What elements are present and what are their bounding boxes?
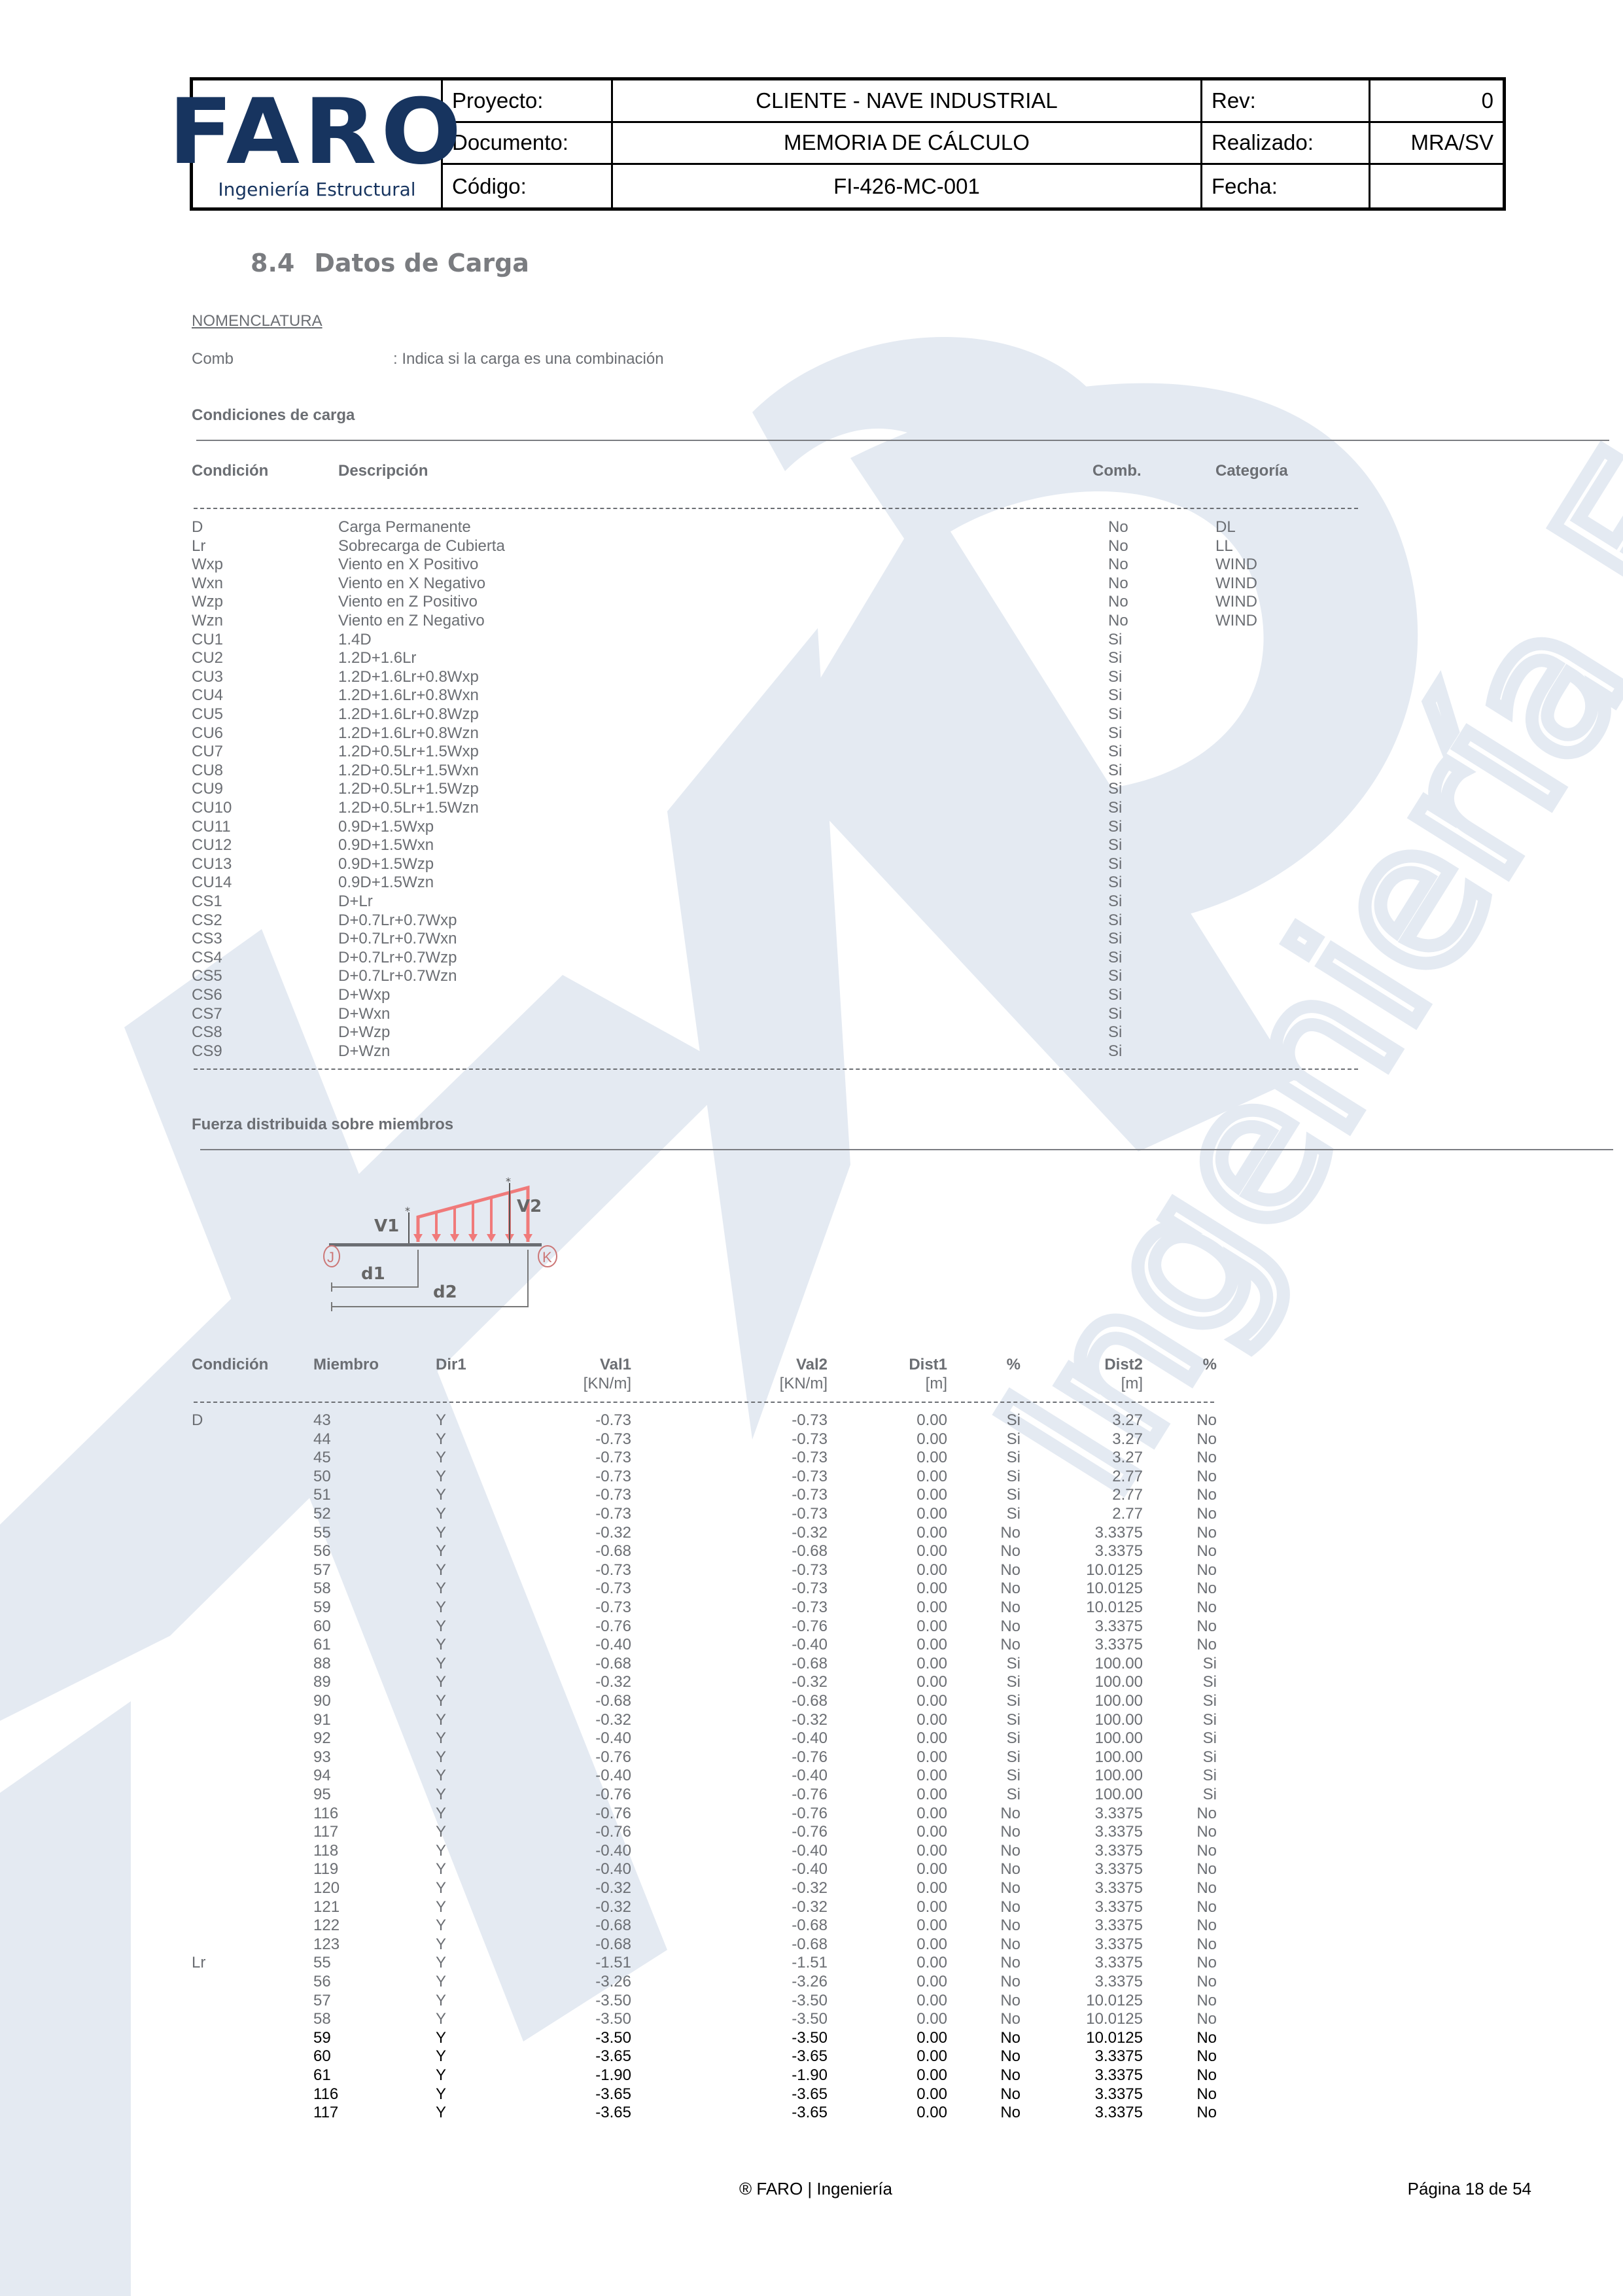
document-value: MEMORIA DE CÁLCULO <box>613 123 1202 166</box>
cell-member: 60 <box>313 1617 331 1636</box>
cell-condition: CS2 <box>192 911 222 930</box>
cell-pct1: No <box>1000 1805 1021 1824</box>
cell-pct1: No <box>1000 1879 1021 1898</box>
cell-pct1: Si <box>1007 1711 1021 1730</box>
cell-dir: Y <box>436 1580 446 1598</box>
cell-pct1: Si <box>1007 1767 1021 1786</box>
cell-val2: -1.51 <box>792 1954 828 1973</box>
cell-dir: Y <box>436 1729 446 1748</box>
cell-comb: No <box>1108 574 1128 593</box>
cell-pct2: No <box>1196 1449 1217 1468</box>
cell-category: WIND <box>1215 574 1257 593</box>
table-row: 44Y-0.73-0.730.00Si3.27No <box>0 1430 1623 1449</box>
cell-val1: -0.73 <box>595 1580 631 1598</box>
cell-val2: -3.65 <box>792 2047 828 2066</box>
cell-dist1: 0.00 <box>916 1860 947 1879</box>
cell-val2: -3.65 <box>792 2104 828 2123</box>
cell-val1: -0.68 <box>595 1542 631 1561</box>
cell-pct2: No <box>1196 1617 1217 1636</box>
cell-dist2: 2.77 <box>1112 1468 1143 1487</box>
table-row: 116Y-3.65-3.650.00No3.3375No <box>0 2085 1623 2104</box>
cell-val1: -0.40 <box>595 1729 631 1748</box>
cell-pct2: No <box>1196 1636 1217 1655</box>
col-condition-header: Condición <box>192 1356 268 1374</box>
table-row: 94Y-0.40-0.400.00Si100.00Si <box>0 1767 1623 1786</box>
project-value: CLIENTE - NAVE INDUSTRIAL <box>613 80 1202 123</box>
cell-val2: -0.32 <box>792 1879 828 1898</box>
col-val2-header: Val2 <box>796 1356 828 1374</box>
cell-comb: Si <box>1108 649 1122 668</box>
cell-dir: Y <box>436 1617 446 1636</box>
cell-pct1: Si <box>1007 1430 1021 1449</box>
cell-member: 116 <box>313 1805 338 1824</box>
table-row: 118Y-0.40-0.400.00No3.3375No <box>0 1842 1623 1861</box>
d1-label: d1 <box>361 1264 385 1284</box>
logo-wordmark: FARO <box>168 87 465 177</box>
cell-dist1: 0.00 <box>916 2010 947 2029</box>
nomenclature-definition: : Indica si la carga es una combinación <box>393 350 664 368</box>
cell-condition: CU11 <box>192 818 231 837</box>
cell-comb: Si <box>1108 799 1122 818</box>
cell-val2: -3.50 <box>792 2010 828 2029</box>
cell-dir: Y <box>436 1935 446 1954</box>
cell-val1: -3.50 <box>595 2029 631 2048</box>
cell-dist2: 10.0125 <box>1086 1580 1143 1598</box>
cell-comb: Si <box>1108 911 1122 930</box>
table-row: CU110.9D+1.5WxpSi <box>0 818 1623 837</box>
cell-condition: CU12 <box>192 836 232 855</box>
cell-dist1: 0.00 <box>916 1580 947 1598</box>
cell-val2: -0.68 <box>792 1655 828 1674</box>
cell-condition: CU3 <box>192 668 223 687</box>
cell-dist2: 10.0125 <box>1086 2010 1143 2029</box>
cell-pct1: No <box>1000 1973 1021 1992</box>
cell-description: D+Lr <box>338 892 373 911</box>
cell-comb: Si <box>1108 836 1122 855</box>
cell-val2: -1.90 <box>792 2066 828 2085</box>
cell-description: 0.9D+1.5Wxp <box>338 818 434 837</box>
cell-pct1: No <box>1000 2029 1021 2048</box>
cell-val1: -0.73 <box>595 1468 631 1487</box>
cell-dir: Y <box>436 2066 446 2085</box>
nomenclature-term: Comb <box>192 350 234 368</box>
cell-pct2: No <box>1196 1524 1217 1543</box>
cell-condition: CU6 <box>192 724 223 743</box>
cell-pct2: No <box>1196 2029 1217 2048</box>
cell-dir: Y <box>436 2085 446 2104</box>
cell-val2: -0.73 <box>792 1505 828 1524</box>
table-row: 90Y-0.68-0.680.00Si100.00Si <box>0 1692 1623 1711</box>
cell-member: 60 <box>313 2047 331 2066</box>
cell-condition: CS7 <box>192 1005 222 1024</box>
cell-comb: Si <box>1108 874 1122 892</box>
cell-description: Carga Permanente <box>338 518 471 537</box>
table-row: 56Y-0.68-0.680.00No3.3375No <box>0 1542 1623 1561</box>
table-row: 60Y-0.76-0.760.00No3.3375No <box>0 1617 1623 1636</box>
cell-val1: -3.65 <box>595 2085 631 2104</box>
cell-val1: -3.50 <box>595 1992 631 2011</box>
table-separator <box>194 508 1358 509</box>
cell-pct2: Si <box>1203 1786 1217 1805</box>
cell-dir: Y <box>436 1692 446 1711</box>
cell-condition: Wxn <box>192 574 223 593</box>
cell-dir: Y <box>436 1411 446 1430</box>
table-row: CU11.4DSi <box>0 631 1623 650</box>
cell-val1: -0.76 <box>595 1786 631 1805</box>
cell-member: 119 <box>313 1860 338 1879</box>
cell-val1: -0.73 <box>595 1411 631 1430</box>
table-row: D43Y-0.73-0.730.00Si3.27No <box>0 1411 1623 1430</box>
table-row: WxnViento en X NegativoNoWIND <box>0 574 1623 593</box>
project-label: Proyecto: <box>443 80 613 123</box>
cell-description: 1.2D+1.6Lr+0.8Wxp <box>338 668 479 687</box>
cell-val2: -0.32 <box>792 1898 828 1917</box>
cell-dir: Y <box>436 1842 446 1861</box>
cell-pct2: No <box>1196 1823 1217 1842</box>
cell-dist1: 0.00 <box>916 1729 947 1748</box>
cell-condition: CU7 <box>192 743 223 762</box>
cell-pct2: No <box>1196 2085 1217 2104</box>
cell-condition: CU14 <box>192 874 232 892</box>
cell-member: 43 <box>313 1411 331 1430</box>
cell-pct2: No <box>1196 2066 1217 2085</box>
table-row: Lr55Y-1.51-1.510.00No3.3375No <box>0 1954 1623 1973</box>
cell-val1: -0.40 <box>595 1767 631 1786</box>
table-row: 92Y-0.40-0.400.00Si100.00Si <box>0 1729 1623 1748</box>
cell-dir: Y <box>436 1898 446 1917</box>
section-rule <box>200 1149 1613 1150</box>
cell-member: 120 <box>313 1879 340 1898</box>
table-row: DCarga PermanenteNoDL <box>0 518 1623 537</box>
cell-val1: -3.26 <box>595 1973 631 1992</box>
table-row: 117Y-3.65-3.650.00No3.3375No <box>0 2104 1623 2123</box>
cell-pct2: No <box>1196 1860 1217 1879</box>
cell-description: 1.2D+0.5Lr+1.5Wzp <box>338 780 479 799</box>
cell-pct2: No <box>1196 1992 1217 2011</box>
cell-dist1: 0.00 <box>916 1879 947 1898</box>
cell-member: 121 <box>313 1898 340 1917</box>
cell-member: 59 <box>313 1598 331 1617</box>
cell-val2: -0.32 <box>792 1673 828 1692</box>
made-by-value: MRA/SV <box>1370 123 1503 166</box>
cell-condition: CS3 <box>192 930 222 949</box>
cell-comb: Si <box>1108 1023 1122 1042</box>
cell-condition: CU4 <box>192 686 223 705</box>
cell-pct1: Si <box>1007 1655 1021 1674</box>
cell-member: 122 <box>313 1916 340 1935</box>
cell-val2: -0.73 <box>792 1598 828 1617</box>
cell-dist2: 3.3375 <box>1095 1542 1143 1561</box>
cell-val1: -0.68 <box>595 1935 631 1954</box>
cell-dist1: 0.00 <box>916 1505 947 1524</box>
cell-comb: No <box>1108 537 1128 556</box>
cell-val1: -0.32 <box>595 1673 631 1692</box>
cell-comb: Si <box>1108 780 1122 799</box>
distributed-load-diagram: * * V1 V2 J K d1 d2 <box>314 1165 628 1315</box>
cell-val1: -0.76 <box>595 1748 631 1767</box>
cell-dist1: 0.00 <box>916 1561 947 1580</box>
load-arrows <box>413 1188 532 1242</box>
cell-condition: CS5 <box>192 967 222 986</box>
table-row: 50Y-0.73-0.730.00Si2.77No <box>0 1468 1623 1487</box>
cell-dist1: 0.00 <box>916 1486 947 1505</box>
cell-dist2: 3.27 <box>1112 1411 1143 1430</box>
cell-pct1: Si <box>1007 1486 1021 1505</box>
cell-member: 118 <box>313 1842 338 1861</box>
cell-dist2: 100.00 <box>1095 1767 1143 1786</box>
cell-pct2: No <box>1196 1505 1217 1524</box>
cell-dist1: 0.00 <box>916 1767 947 1786</box>
cell-dir: Y <box>436 2047 446 2066</box>
made-by-label: Realizado: <box>1202 123 1370 166</box>
cell-pct1: No <box>1000 2010 1021 2029</box>
col-dist2-unit: [m] <box>1121 1375 1143 1393</box>
cell-dir: Y <box>436 1542 446 1561</box>
cell-dist1: 0.00 <box>916 1973 947 1992</box>
table-row: 60Y-3.65-3.650.00No3.3375No <box>0 2047 1623 2066</box>
cell-dist1: 0.00 <box>916 1430 947 1449</box>
cell-dist1: 0.00 <box>916 2104 947 2123</box>
cell-description: 1.2D+0.5Lr+1.5Wxp <box>338 743 479 762</box>
section-number: 8.4 <box>251 249 294 277</box>
cell-pct2: No <box>1196 1468 1217 1487</box>
cell-description: D+Wzn <box>338 1042 390 1061</box>
cell-member: 44 <box>313 1430 331 1449</box>
cell-dist2: 100.00 <box>1095 1673 1143 1692</box>
cell-dist2: 10.0125 <box>1086 2029 1143 2048</box>
cell-val2: -0.73 <box>792 1430 828 1449</box>
cell-dist1: 0.00 <box>916 2066 947 2085</box>
cell-dist2: 100.00 <box>1095 1711 1143 1730</box>
table-row: 51Y-0.73-0.730.00Si2.77No <box>0 1486 1623 1505</box>
cell-pct2: No <box>1196 1486 1217 1505</box>
cell-category: LL <box>1215 537 1233 556</box>
cell-pct2: No <box>1196 1430 1217 1449</box>
cell-member: 61 <box>313 1636 331 1655</box>
lc-col-category: Categoría <box>1215 462 1288 480</box>
table-row: CS5D+0.7Lr+0.7WznSi <box>0 967 1623 986</box>
cell-description: 1.2D+1.6Lr+0.8Wzn <box>338 724 479 743</box>
node-k-label: K <box>542 1249 552 1265</box>
cell-member: 116 <box>313 2085 338 2104</box>
col-dist2-header: Dist2 <box>1104 1356 1143 1374</box>
cell-dist1: 0.00 <box>916 1449 947 1468</box>
cell-pct1: Si <box>1007 1692 1021 1711</box>
table-row: 57Y-3.50-3.500.00No10.0125No <box>0 1992 1623 2011</box>
cell-val2: -0.73 <box>792 1411 828 1430</box>
cell-dist1: 0.00 <box>916 2029 947 2048</box>
table-row: CS2D+0.7Lr+0.7WxpSi <box>0 911 1623 930</box>
cell-member: 55 <box>313 1524 331 1543</box>
cell-dist2: 2.77 <box>1112 1486 1143 1505</box>
cell-dist1: 0.00 <box>916 1992 947 2011</box>
cell-description: D+0.7Lr+0.7Wxn <box>338 930 457 949</box>
cell-dir: Y <box>436 1786 446 1805</box>
cell-dist1: 0.00 <box>916 1655 947 1674</box>
cell-description: 1.2D+0.5Lr+1.5Wxn <box>338 762 479 781</box>
cell-dir: Y <box>436 1561 446 1580</box>
cell-val1: -3.65 <box>595 2047 631 2066</box>
table-row: 45Y-0.73-0.730.00Si3.27No <box>0 1449 1623 1468</box>
cell-member: 57 <box>313 1992 331 2011</box>
cell-val2: -0.73 <box>792 1449 828 1468</box>
cell-val2: -0.76 <box>792 1748 828 1767</box>
cell-dist1: 0.00 <box>916 1786 947 1805</box>
cell-pct1: Si <box>1007 1468 1021 1487</box>
cell-dir: Y <box>436 1992 446 2011</box>
cell-val1: -0.68 <box>595 1655 631 1674</box>
rev-value: 0 <box>1370 80 1503 123</box>
cell-dist2: 3.3375 <box>1095 1860 1143 1879</box>
table-row: 120Y-0.32-0.320.00No3.3375No <box>0 1879 1623 1898</box>
table-row: 88Y-0.68-0.680.00Si100.00Si <box>0 1655 1623 1674</box>
cell-dir: Y <box>436 1430 446 1449</box>
cell-pct1: No <box>1000 1898 1021 1917</box>
cell-dist2: 10.0125 <box>1086 1561 1143 1580</box>
section-rule <box>196 440 1609 441</box>
cell-pct1: Si <box>1007 1786 1021 1805</box>
v2-label: V2 <box>517 1197 542 1216</box>
table-row: 58Y-0.73-0.730.00No10.0125No <box>0 1580 1623 1598</box>
cell-dir: Y <box>436 1748 446 1767</box>
table-row: 116Y-0.76-0.760.00No3.3375No <box>0 1805 1623 1824</box>
svg-text:*: * <box>405 1205 410 1217</box>
cell-dist1: 0.00 <box>916 1411 947 1430</box>
cell-comb: Si <box>1108 949 1122 968</box>
table-row: 117Y-0.76-0.760.00No3.3375No <box>0 1823 1623 1842</box>
table-row: CS1D+LrSi <box>0 892 1623 911</box>
table-row: CU21.2D+1.6LrSi <box>0 649 1623 668</box>
cell-condition: Wxp <box>192 556 223 574</box>
table-row: CU51.2D+1.6Lr+0.8WzpSi <box>0 705 1623 724</box>
footer-copyright: ® FARO | Ingeniería <box>739 2179 892 2199</box>
cell-dir: Y <box>436 1505 446 1524</box>
table-row: CS3D+0.7Lr+0.7WxnSi <box>0 930 1623 949</box>
cell-comb: Si <box>1108 1005 1122 1024</box>
cell-pct1: Si <box>1007 1505 1021 1524</box>
cell-val1: -0.68 <box>595 1916 631 1935</box>
cell-dist2: 3.3375 <box>1095 1842 1143 1861</box>
cell-member: 51 <box>313 1486 331 1505</box>
cell-member: 92 <box>313 1729 331 1748</box>
cell-pct2: Si <box>1203 1655 1217 1674</box>
rev-label: Rev: <box>1202 80 1370 123</box>
cell-val1: -1.90 <box>595 2066 631 2085</box>
cell-member: 57 <box>313 1561 331 1580</box>
cell-description: 0.9D+1.5Wzp <box>338 855 434 874</box>
cell-comb: Si <box>1108 818 1122 837</box>
cell-pct1: No <box>1000 1561 1021 1580</box>
cell-member: 50 <box>313 1468 331 1487</box>
table-row: 61Y-1.90-1.900.00No3.3375No <box>0 2066 1623 2085</box>
cell-condition: Lr <box>192 537 205 556</box>
cell-val1: -0.32 <box>595 1879 631 1898</box>
cell-dir: Y <box>436 1711 446 1730</box>
cell-val1: -1.51 <box>595 1954 631 1973</box>
cell-comb: Si <box>1108 686 1122 705</box>
cell-pct2: No <box>1196 2010 1217 2029</box>
svg-text:*: * <box>506 1175 511 1188</box>
cell-dist1: 0.00 <box>916 1636 947 1655</box>
cell-member: 117 <box>313 1823 338 1842</box>
cell-pct1: Si <box>1007 1729 1021 1748</box>
cell-condition: D <box>192 518 203 537</box>
cell-val2: -0.32 <box>792 1711 828 1730</box>
table-row: CS9D+WznSi <box>0 1042 1623 1061</box>
table-row: 59Y-0.73-0.730.00No10.0125No <box>0 1598 1623 1617</box>
cell-member: 52 <box>313 1505 331 1524</box>
table-row: LrSobrecarga de CubiertaNoLL <box>0 537 1623 556</box>
table-row: CU41.2D+1.6Lr+0.8WxnSi <box>0 686 1623 705</box>
cell-dist2: 3.3375 <box>1095 2047 1143 2066</box>
cell-member: 61 <box>313 2066 331 2085</box>
cell-description: 1.4D <box>338 631 372 650</box>
cell-comb: Si <box>1108 724 1122 743</box>
cell-dist2: 3.3375 <box>1095 1636 1143 1655</box>
cell-dist1: 0.00 <box>916 2047 947 2066</box>
cell-val2: -0.40 <box>792 1729 828 1748</box>
document-page: FARO Ingeniería Estructural Proyecto: CL… <box>0 0 1623 2296</box>
cell-description: 1.2D+1.6Lr+0.8Wzp <box>338 705 479 724</box>
cell-dist2: 3.3375 <box>1095 1805 1143 1824</box>
cell-condition: CU9 <box>192 780 223 799</box>
table-row: WzpViento en Z PositivoNoWIND <box>0 593 1623 612</box>
cell-dist2: 3.3375 <box>1095 1954 1143 1973</box>
date-value <box>1370 165 1503 207</box>
col-val1-header: Val1 <box>600 1356 631 1374</box>
distributed-title: Fuerza distribuida sobre miembros <box>192 1116 453 1134</box>
cell-val2: -0.68 <box>792 1692 828 1711</box>
table-row: 122Y-0.68-0.680.00No3.3375No <box>0 1916 1623 1935</box>
cell-dir: Y <box>436 1823 446 1842</box>
cell-val1: -0.32 <box>595 1711 631 1730</box>
cell-dir: Y <box>436 1449 446 1468</box>
cell-dir: Y <box>436 1636 446 1655</box>
cell-pct2: Si <box>1203 1692 1217 1711</box>
table-row: 52Y-0.73-0.730.00Si2.77No <box>0 1505 1623 1524</box>
cell-val1: -0.73 <box>595 1561 631 1580</box>
cell-member: 58 <box>313 2010 331 2029</box>
cell-member: 94 <box>313 1767 331 1786</box>
cell-dist2: 2.77 <box>1112 1505 1143 1524</box>
cell-condition: CU8 <box>192 762 223 781</box>
cell-dist1: 0.00 <box>916 1468 947 1487</box>
cell-pct1: Si <box>1007 1748 1021 1767</box>
cell-val1: -0.76 <box>595 1805 631 1824</box>
cell-comb: Si <box>1108 743 1122 762</box>
cell-val1: -0.40 <box>595 1636 631 1655</box>
cell-val2: -0.68 <box>792 1935 828 1954</box>
cell-pct1: No <box>1000 1636 1021 1655</box>
cell-dist2: 3.27 <box>1112 1430 1143 1449</box>
cell-val2: -0.73 <box>792 1468 828 1487</box>
cell-dist2: 3.3375 <box>1095 2104 1143 2123</box>
cell-category: WIND <box>1215 612 1257 631</box>
cell-description: Viento en Z Negativo <box>338 612 485 631</box>
cell-member: 55 <box>313 1954 331 1973</box>
cell-pct2: Si <box>1203 1729 1217 1748</box>
cell-pct2: Si <box>1203 1711 1217 1730</box>
cell-dir: Y <box>436 1973 446 1992</box>
cell-dist1: 0.00 <box>916 1692 947 1711</box>
col-dir1-header: Dir1 <box>436 1356 466 1374</box>
cell-pct2: Si <box>1203 1767 1217 1786</box>
cell-description: 0.9D+1.5Wxn <box>338 836 434 855</box>
cell-pct1: No <box>1000 2066 1021 2085</box>
cell-comb: No <box>1108 518 1128 537</box>
cell-pct1: No <box>1000 1524 1021 1543</box>
cell-val1: -3.50 <box>595 2010 631 2029</box>
